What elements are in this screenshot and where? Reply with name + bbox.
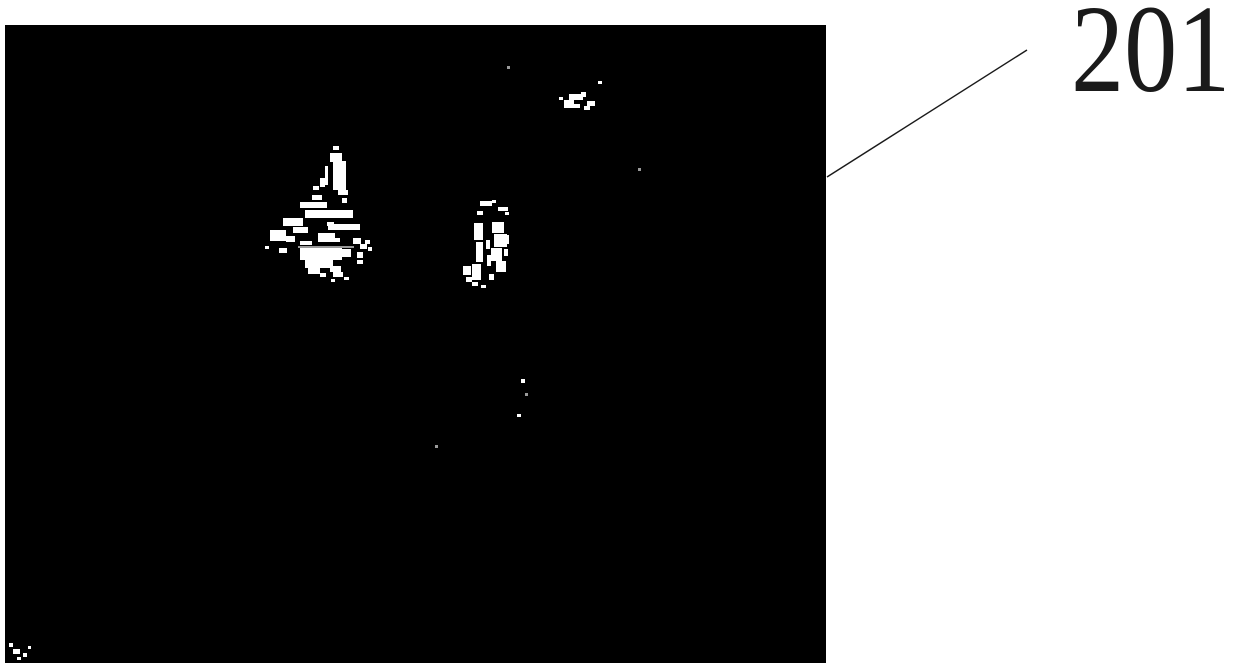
noise-speckle: [435, 445, 438, 448]
patent-figure-page: 201: [0, 0, 1240, 670]
noise-speckle: [333, 161, 346, 190]
noise-speckle: [313, 186, 319, 190]
noise-speckle: [492, 200, 496, 203]
noise-speckle: [487, 255, 491, 266]
noise-speckle: [286, 236, 295, 242]
noise-speckle: [357, 252, 363, 258]
noise-speckle: [279, 248, 287, 253]
noise-speckle: [489, 274, 494, 280]
noise-speckle: [505, 235, 509, 244]
noise-speckle: [360, 244, 367, 249]
noise-speckle: [559, 97, 563, 100]
noise-speckle: [598, 81, 602, 84]
noise-speckle: [338, 190, 348, 195]
noise-speckle: [330, 266, 341, 272]
noise-speckle: [505, 212, 509, 215]
noise-speckle: [480, 201, 492, 206]
noise-speckle: [300, 202, 327, 208]
noise-speckle: [298, 246, 354, 248]
leader-line: [827, 50, 1027, 177]
noise-speckle: [328, 224, 360, 230]
noise-speckle: [320, 178, 325, 187]
noise-speckle: [486, 240, 490, 249]
noise-speckle: [283, 218, 303, 226]
noise-speckle: [300, 241, 312, 245]
noise-speckle: [504, 249, 508, 256]
noise-speckle: [474, 223, 483, 240]
noise-speckle: [300, 248, 342, 260]
noise-speckle: [472, 264, 481, 280]
noise-speckle: [365, 240, 370, 244]
noise-speckle: [333, 146, 339, 150]
noise-speckle: [344, 277, 349, 280]
noise-speckle: [330, 153, 342, 162]
noise-speckle: [587, 101, 595, 106]
noise-speckle: [9, 643, 13, 647]
noise-speckle: [320, 273, 326, 277]
noise-speckle: [357, 260, 363, 264]
noise-speckle: [308, 268, 320, 274]
noise-speckle: [305, 260, 333, 268]
noise-speckle: [491, 248, 502, 261]
noise-speckle: [312, 195, 322, 200]
noise-speckle: [477, 211, 483, 215]
figure-canvas: 201: [0, 0, 1240, 670]
noise-speckle: [496, 261, 506, 272]
noise-speckle: [481, 285, 486, 288]
noise-speckle: [325, 166, 328, 185]
noise-speckle: [342, 198, 347, 203]
noise-speckle: [23, 653, 27, 657]
noise-speckle: [318, 238, 340, 242]
noise-speckle: [293, 227, 308, 233]
noise-speckle: [581, 92, 586, 97]
reference-numeral-text: 201: [1071, 0, 1230, 119]
noise-speckle: [342, 249, 351, 257]
noise-speckle: [318, 233, 335, 238]
noise-speckle: [573, 104, 580, 108]
noise-speckle: [638, 168, 641, 171]
noise-speckle: [265, 246, 269, 249]
noise-speckle: [270, 230, 286, 241]
noise-speckle: [472, 282, 478, 286]
noise-speckle: [569, 94, 583, 100]
noise-speckle: [335, 212, 353, 218]
noise-speckle: [28, 646, 31, 649]
noise-speckle: [353, 238, 361, 244]
noise-speckle: [17, 657, 21, 660]
noise-speckle: [463, 266, 471, 275]
noise-speckle: [498, 207, 508, 211]
noise-speckle: [521, 379, 525, 383]
image-panel: [5, 25, 826, 663]
noise-speckle: [525, 393, 528, 396]
noise-speckle: [492, 222, 504, 233]
noise-speckle: [507, 66, 510, 69]
reference-numeral: 201: [1071, 0, 1230, 119]
noise-speckle: [13, 649, 20, 654]
noise-speckle: [584, 106, 590, 110]
noise-speckle: [331, 279, 335, 282]
noise-speckle: [476, 242, 483, 262]
noise-speckle: [466, 277, 472, 282]
noise-speckle: [564, 100, 574, 108]
noise-speckle: [517, 414, 521, 417]
noise-speckle: [368, 247, 372, 251]
noise-speckle: [333, 272, 343, 277]
